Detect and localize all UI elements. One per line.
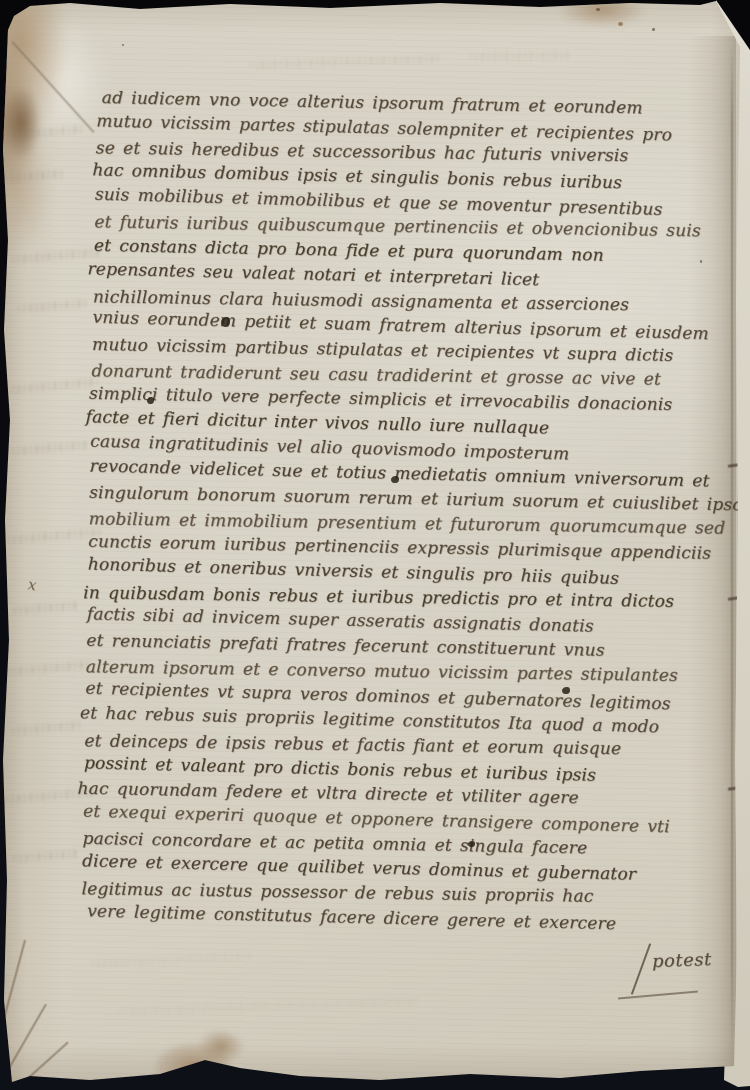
ink-speck [618,22,623,26]
ink-blot [562,687,570,694]
bleedthrough-line [120,997,420,1015]
catchword-underline [618,991,698,1000]
bleedthrough-line [14,601,80,615]
catchword: potest [652,949,712,972]
torn-edge-line [21,1042,68,1085]
ink-speck [652,28,655,31]
bleedthrough-line [12,721,84,735]
bleedthrough-line [6,378,98,394]
catchword-slash [631,943,651,994]
binding-crease [731,44,733,1060]
photo-backdrop: x ad iudicem vno voce alterius ipsorum f… [0,0,750,1090]
top-edge-stain [556,0,648,28]
bottom-stain [146,1030,250,1090]
manuscript-text-block: ad iudicem vno voce alterius ipsorum fra… [81,86,703,937]
ink-speck [700,260,702,263]
ink-speck [596,8,600,11]
bleedthrough-line [470,51,570,61]
ink-blot [147,397,154,404]
ink-blot [391,476,399,483]
bleedthrough-line [14,849,78,863]
margin-mark-x: x [27,575,38,594]
bleedthrough-line [250,55,440,70]
manuscript-page: x ad iudicem vno voce alterius ipsorum f… [0,0,750,1090]
ink-speck [122,44,124,46]
bleedthrough-line [12,441,88,456]
ink-blot [468,841,475,847]
bleedthrough-line [92,952,252,968]
ink-blot [221,317,230,327]
torn-edge-line [0,1004,47,1085]
bleedthrough-line [8,660,92,675]
